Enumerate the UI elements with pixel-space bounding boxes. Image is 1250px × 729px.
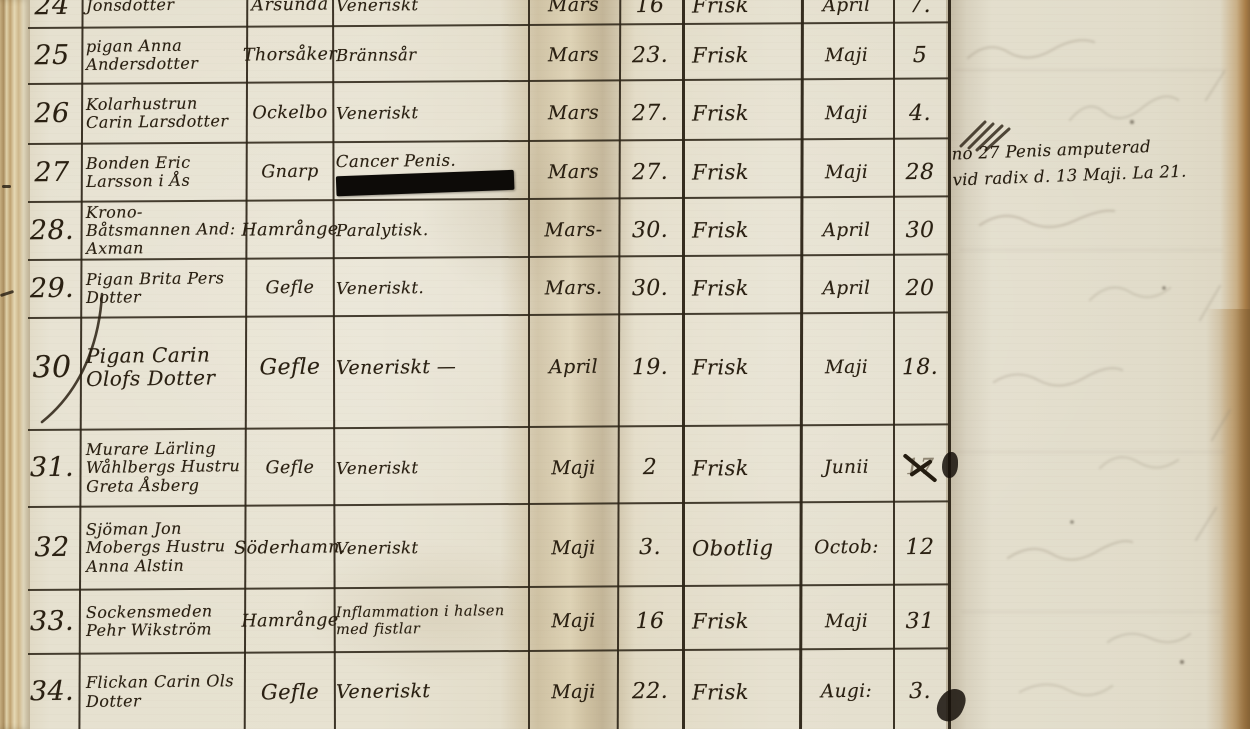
admission-month: Mars	[531, 0, 617, 29]
discharge-day: 12	[893, 506, 946, 590]
admission-day: 30.	[620, 259, 681, 318]
parish: Gefle	[245, 316, 334, 417]
status: Frisk	[687, 316, 804, 417]
patient-name: Sockensmeden Pehr Wikström	[86, 588, 243, 654]
parish: Gefle	[246, 652, 335, 729]
discharge-day: 4.	[894, 83, 947, 144]
parish: Söderhamn.	[245, 505, 334, 589]
discharge-month: Augi:	[802, 652, 892, 729]
patient-name: Jonsdotter	[86, 0, 243, 29]
row-number: 30	[23, 317, 80, 418]
row-number: 33.	[24, 589, 81, 654]
status: Frisk	[688, 82, 805, 143]
discharge-day: 5	[894, 27, 947, 84]
discharge-day: 31	[894, 589, 947, 654]
row-number: 26	[24, 83, 81, 144]
diagnosis: Paralytisk.	[336, 200, 527, 260]
parish: Ockelbo	[246, 82, 335, 143]
discharge-day: 28	[894, 143, 947, 202]
parish: Gnarp	[246, 142, 335, 201]
row-number: 28.	[24, 201, 81, 260]
table-row: 28. Krono-Båtsmannen And: Axman Hamrånge…	[0, 201, 948, 259]
ink-blob	[942, 452, 958, 478]
discharge-month: Maji	[801, 316, 891, 417]
diagnosis: Veneriskt	[336, 82, 527, 144]
discharge-day: 7.	[894, 0, 947, 28]
discharge-month: April	[802, 200, 892, 259]
table-row: 24 Jonsdotter Årsunda Veneriskt Mars 16 …	[0, 0, 948, 28]
diagnosis-text: Cancer Penis.	[336, 150, 456, 171]
parish: Gefle	[246, 428, 335, 506]
admission-month: Mars	[531, 142, 617, 201]
right-page-deckle-edge	[1220, 0, 1250, 729]
status: Frisk	[688, 652, 805, 729]
table-row: 25 pigan Anna Andersdotter Thorsåker Brä…	[0, 27, 948, 83]
admission-month: April	[530, 316, 616, 417]
redaction-bar	[336, 170, 515, 197]
admission-month: Maji	[530, 505, 616, 589]
status: Frisk	[688, 0, 805, 29]
discharge-month: April	[802, 258, 892, 317]
admission-month: Maji	[531, 652, 617, 729]
parish: Årsunda	[246, 0, 335, 29]
status: Frisk	[688, 428, 805, 506]
diagnosis: Veneriskt	[336, 505, 527, 590]
diagnosis: Veneriskt	[336, 652, 527, 729]
ink-mark	[2, 185, 11, 188]
discharge-day-struck: 17	[894, 429, 947, 507]
diagnosis: Veneriskt	[336, 0, 527, 29]
admission-day: 22.	[620, 653, 681, 729]
bleedthrough-writing	[950, 0, 1250, 729]
status: Obotlig	[687, 505, 804, 589]
status: Frisk	[688, 26, 805, 83]
diagnosis: Inflammation i halsen med fistlar	[336, 588, 527, 654]
admission-day: 2	[620, 429, 681, 507]
row-number: 29.	[24, 259, 81, 318]
patient-name: Pigan Brita Pers Dotter	[86, 258, 243, 318]
discharge-month: Octob:	[801, 505, 891, 589]
row-number: 27	[24, 143, 81, 202]
table-row: 27 Bonden Eric Larsson i Ås Gnarp Cancer…	[0, 143, 948, 201]
table-row: 31. Murare Lärling Wåhlbergs Hustru Gret…	[0, 429, 948, 506]
table-rule-vertical	[948, 0, 951, 729]
parish: Hamrånge	[246, 200, 335, 259]
row-number: 24	[24, 0, 81, 28]
patient-name: pigan Anna Andersdotter	[86, 26, 243, 84]
parish: Hamrånge	[246, 588, 335, 653]
admission-day: 30.	[620, 201, 681, 260]
admission-day: 16	[620, 0, 681, 28]
discharge-month: Maji	[802, 82, 892, 143]
status: Frisk	[688, 258, 805, 317]
patient-name: Pigan Carin Olofs Dotter	[85, 316, 242, 418]
patient-name: Bonden Eric Larsson i Ås	[86, 142, 243, 202]
table-row: 33. Sockensmeden Pehr Wikström Hamrånge …	[0, 589, 948, 653]
admission-day: 27.	[620, 83, 681, 144]
discharge-month: Junii	[802, 428, 892, 506]
parish: Gefle	[246, 258, 335, 317]
admission-month: Maji	[531, 428, 617, 506]
admission-month: Mars-	[531, 200, 617, 259]
diagnosis: Veneriskt —	[335, 316, 526, 418]
table-row: 29. Pigan Brita Pers Dotter Gefle Veneri…	[0, 259, 948, 317]
row-number: 25	[24, 27, 81, 84]
diagnosis: Veneriskt.	[336, 258, 527, 318]
parish: Thorsåker	[246, 26, 335, 83]
admission-day: 3.	[619, 506, 680, 590]
discharge-month: April	[802, 0, 892, 29]
row-number: 31.	[24, 429, 81, 507]
admission-day: 27.	[620, 143, 681, 202]
row-number: 34.	[24, 653, 81, 729]
margin-note: no 27 Penis amputerad vid radix d. 13 Ma…	[951, 130, 1243, 192]
strikethrough-x-mark	[901, 451, 939, 483]
admission-day: 19.	[619, 317, 680, 418]
discharge-month: Maji	[802, 588, 892, 653]
diagnosis: Brännsår	[336, 26, 527, 84]
discharge-day: 18.	[893, 317, 946, 418]
discharge-month: Maji	[802, 142, 892, 201]
patient-name: Kolarhustrun Carin Larsdotter	[86, 82, 243, 144]
patient-name: Flickan Carin Ols Dotter	[86, 652, 243, 729]
table-row: 32 Sjöman Jon Mobergs Hustru Anna Alstin…	[0, 506, 948, 589]
diagnosis: Cancer Penis.	[336, 142, 527, 202]
table-row: 30 Pigan Carin Olofs Dotter Gefle Veneri…	[0, 317, 948, 417]
patient-name: Sjöman Jon Mobergs Hustru Anna Alstin	[85, 505, 242, 590]
discharge-day: 20	[894, 259, 947, 318]
discharge-day: 30	[894, 201, 947, 260]
register-page-scan: 24 Jonsdotter Årsunda Veneriskt Mars 16 …	[0, 0, 1250, 729]
admission-month: Mars	[531, 82, 617, 143]
right-page-deckle-edge-lower	[1206, 309, 1250, 729]
admission-day: 16	[620, 589, 681, 654]
row-number: 32	[23, 506, 80, 590]
table-row: 34. Flickan Carin Ols Dotter Gefle Vener…	[0, 653, 948, 729]
diagnosis: Veneriskt	[336, 428, 527, 507]
status: Frisk	[688, 588, 805, 653]
admission-month: Mars	[531, 26, 617, 83]
status: Frisk	[688, 200, 805, 259]
patient-name: Krono-Båtsmannen And: Axman	[86, 200, 243, 260]
admission-day: 23.	[620, 27, 681, 84]
admission-month: Mars.	[531, 258, 617, 317]
status: Frisk	[688, 142, 805, 201]
table-row: 26 Kolarhustrun Carin Larsdotter Ockelbo…	[0, 83, 948, 143]
discharge-month: Maji	[802, 26, 892, 83]
patient-name: Murare Lärling Wåhlbergs Hustru Greta Ås…	[86, 428, 243, 507]
book-gutter-shadow	[946, 0, 992, 729]
admission-month: Maji	[531, 588, 617, 653]
